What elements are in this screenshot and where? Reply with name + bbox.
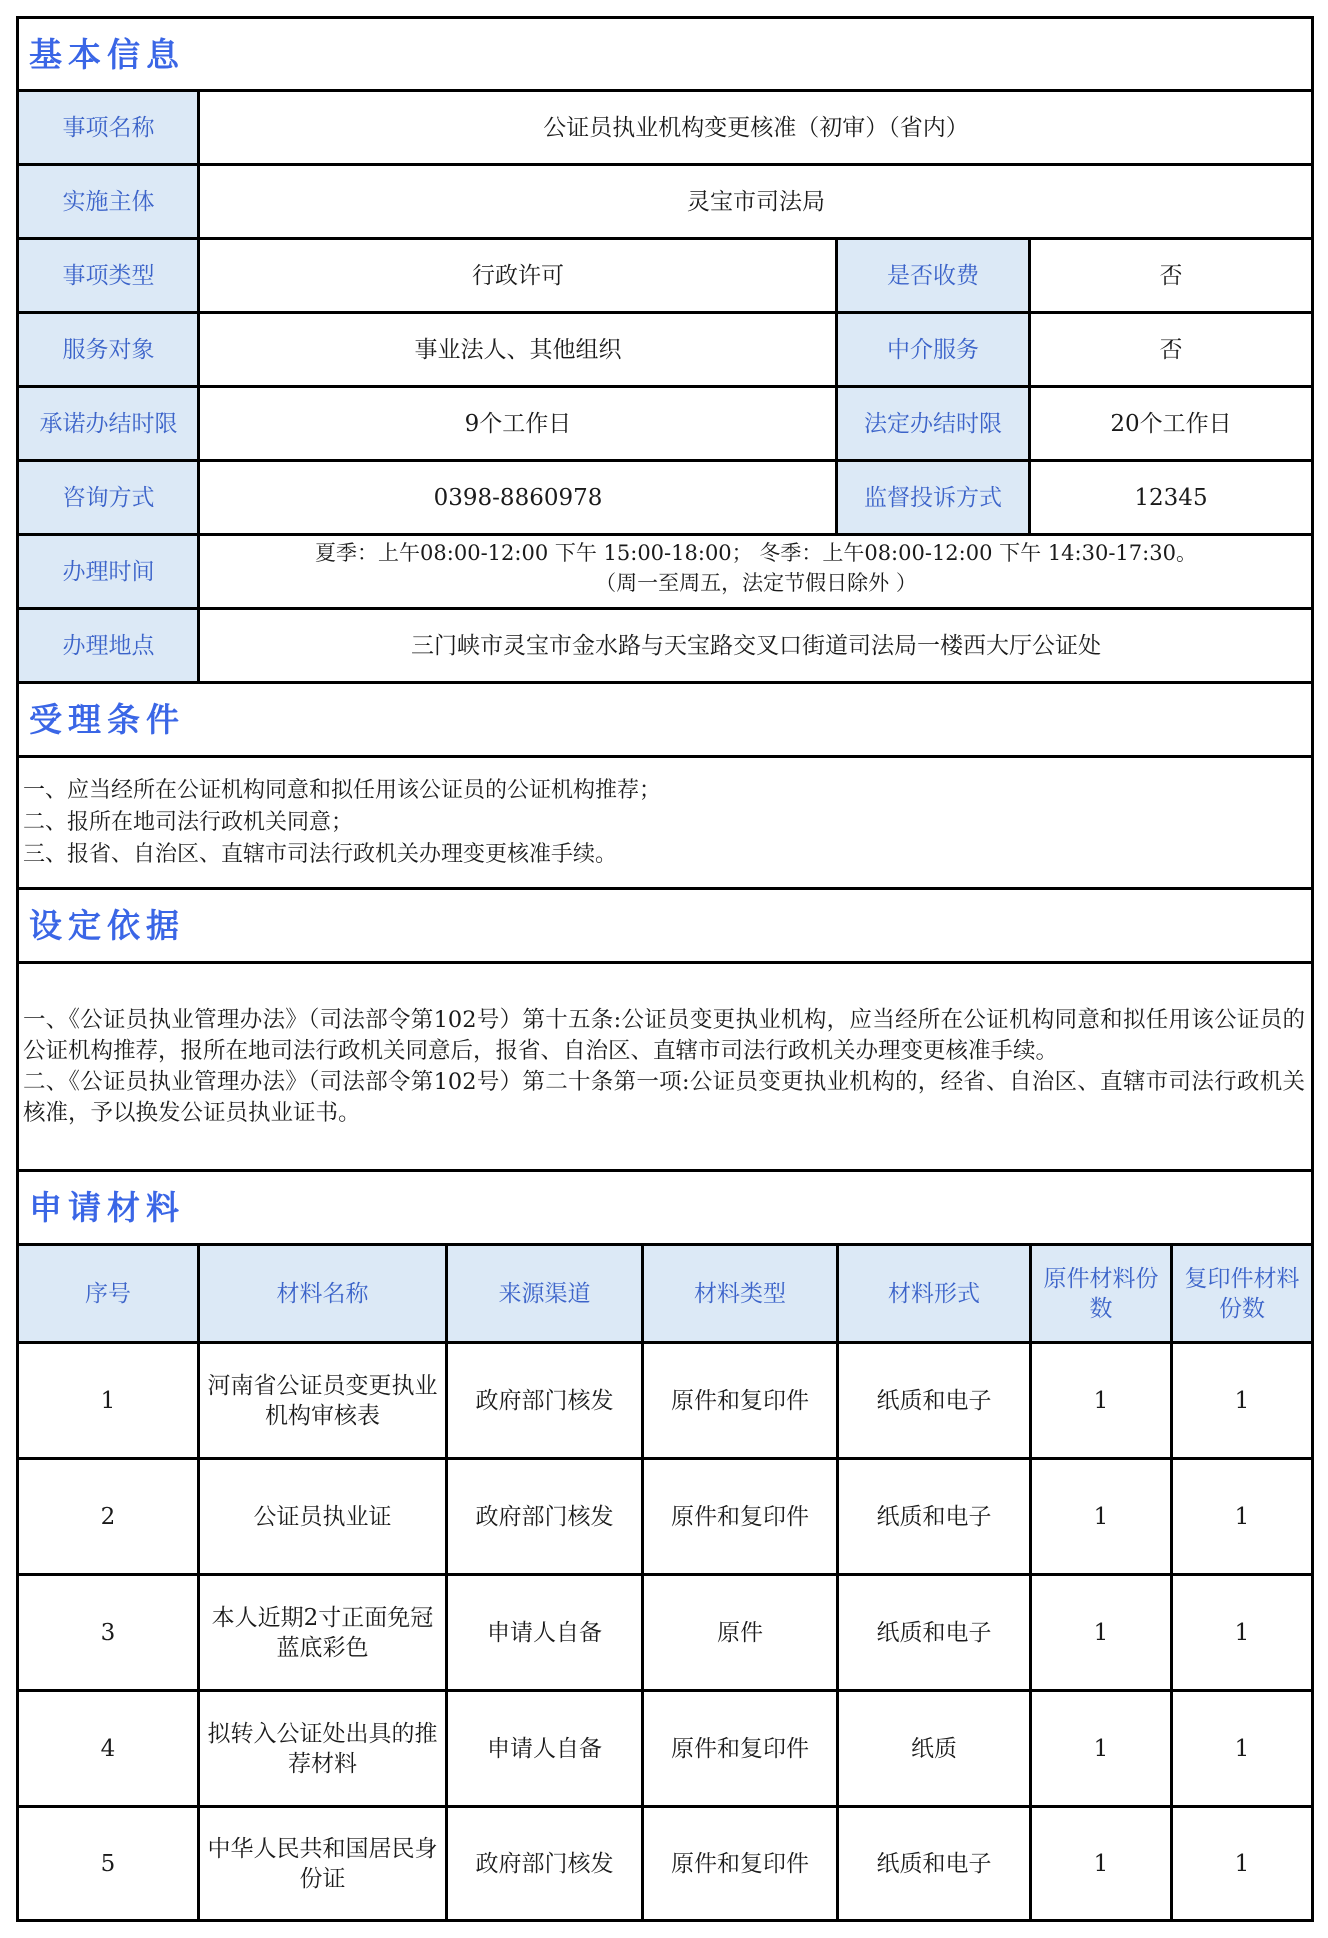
label-hours: 办理时间 [19, 536, 198, 607]
hours-line-2: （周一至周五，法定节假日除外 ） [595, 568, 917, 598]
cell-orig-count: 1 [1032, 1460, 1170, 1573]
th-orig-count: 原件材料份数 [1032, 1246, 1170, 1341]
divider [197, 90, 200, 682]
basis-paragraph: 一、《公证员执业管理办法》（司法部令第102号）第十五条:公证员变更执业机构，应… [23, 1005, 1305, 1067]
th-type: 材料类型 [644, 1246, 836, 1341]
cell-type: 原件 [644, 1576, 836, 1689]
value-consult-phone: 0398-8860978 [201, 462, 835, 533]
cell-form: 纸质和电子 [839, 1576, 1029, 1689]
section-title-materials: 申请材料 [19, 1172, 1311, 1243]
cell-no: 5 [19, 1808, 197, 1919]
th-no: 序号 [19, 1246, 197, 1341]
label-location: 办理地点 [19, 610, 198, 681]
label-intermediary: 中介服务 [838, 314, 1028, 385]
divider [197, 1244, 200, 1922]
section-title-basis: 设定依据 [19, 890, 1311, 961]
value-fee: 否 [1031, 240, 1311, 311]
divider [1029, 1244, 1032, 1922]
label-consult: 咨询方式 [19, 462, 198, 533]
th-form: 材料形式 [839, 1246, 1029, 1341]
label-implementer: 实施主体 [19, 166, 198, 237]
cell-material-name: 河南省公证员变更执业机构审核表 [200, 1344, 445, 1457]
value-complaint-phone: 12345 [1031, 462, 1311, 533]
th-source: 来源渠道 [448, 1246, 641, 1341]
label-item-name: 事项名称 [19, 92, 198, 163]
label-service-target: 服务对象 [19, 314, 198, 385]
divider [641, 1244, 644, 1922]
divider [445, 1244, 448, 1922]
value-item-type: 行政许可 [201, 240, 835, 311]
value-item-name: 公证员执业机构变更核准（初审）（省内） [201, 92, 1311, 163]
label-fee: 是否收费 [838, 240, 1028, 311]
condition-line: 三、报省、自治区、直辖市司法行政机关办理变更核准手续。 [23, 839, 661, 871]
label-promised-limit: 承诺办结时限 [19, 388, 198, 459]
basis-paragraph: 二、《公证员执业管理办法》（司法部令第102号）第二十条第一项:公证员变更执业机… [23, 1067, 1305, 1129]
cell-copy-count: 1 [1173, 1460, 1311, 1573]
cell-source: 政府部门核发 [448, 1808, 641, 1919]
value-service-target: 事业法人、其他组织 [201, 314, 835, 385]
cell-form: 纸质和电子 [839, 1460, 1029, 1573]
cell-no: 2 [19, 1460, 197, 1573]
cell-source: 申请人自备 [448, 1576, 641, 1689]
value-implementer: 灵宝市司法局 [201, 166, 1311, 237]
hours-line-1: 夏季：上午08:00-12:00 下午 15:00-18:00； 冬季：上午08… [315, 538, 1197, 568]
cell-source: 政府部门核发 [448, 1344, 641, 1457]
divider [836, 1244, 839, 1922]
cell-orig-count: 1 [1032, 1576, 1170, 1689]
value-promised-limit: 9个工作日 [201, 388, 835, 459]
cell-source: 申请人自备 [448, 1692, 641, 1805]
condition-line: 二、报所在地司法行政机关同意； [23, 807, 661, 839]
cell-orig-count: 1 [1032, 1344, 1170, 1457]
th-name: 材料名称 [200, 1246, 445, 1341]
basis-text: 一、《公证员执业管理办法》（司法部令第102号）第十五条:公证员变更执业机构，应… [19, 964, 1311, 1169]
divider [835, 238, 838, 534]
cell-form: 纸质 [839, 1692, 1029, 1805]
cell-type: 原件和复印件 [644, 1808, 836, 1919]
cell-type: 原件和复印件 [644, 1460, 836, 1573]
th-copy-count: 复印件材料份数 [1173, 1246, 1311, 1341]
cell-material-name: 公证员执业证 [200, 1460, 445, 1573]
cell-form: 纸质和电子 [839, 1808, 1029, 1919]
label-legal-limit: 法定办结时限 [838, 388, 1028, 459]
section-title-basic-info: 基本信息 [19, 19, 1311, 90]
label-item-type: 事项类型 [19, 240, 198, 311]
cell-form: 纸质和电子 [839, 1344, 1029, 1457]
cell-orig-count: 1 [1032, 1808, 1170, 1919]
divider [1170, 1244, 1173, 1922]
cell-orig-count: 1 [1032, 1692, 1170, 1805]
cell-material-name: 本人近期2寸正面免冠蓝底彩色 [200, 1576, 445, 1689]
cell-no: 1 [19, 1344, 197, 1457]
cell-source: 政府部门核发 [448, 1460, 641, 1573]
cell-material-name: 中华人民共和国居民身份证 [200, 1808, 445, 1919]
section-title-conditions: 受理条件 [19, 684, 1311, 755]
cell-type: 原件和复印件 [644, 1692, 836, 1805]
condition-line: 一、应当经所在公证机构同意和拟任用该公证员的公证机构推荐； [23, 775, 661, 807]
cell-material-name: 拟转入公证处出具的推荐材料 [200, 1692, 445, 1805]
value-intermediary: 否 [1031, 314, 1311, 385]
cell-copy-count: 1 [1173, 1576, 1311, 1689]
conditions-text: 一、应当经所在公证机构同意和拟任用该公证员的公证机构推荐； 二、报所在地司法行政… [19, 758, 1311, 887]
value-location: 三门峡市灵宝市金水路与天宝路交叉口街道司法局一楼西大厅公证处 [201, 610, 1311, 681]
cell-copy-count: 1 [1173, 1808, 1311, 1919]
label-complaint: 监督投诉方式 [838, 462, 1028, 533]
value-legal-limit: 20个工作日 [1031, 388, 1311, 459]
cell-type: 原件和复印件 [644, 1344, 836, 1457]
value-hours: 夏季：上午08:00-12:00 下午 15:00-18:00； 冬季：上午08… [201, 536, 1311, 607]
cell-copy-count: 1 [1173, 1344, 1311, 1457]
divider [1028, 238, 1031, 534]
cell-no: 3 [19, 1576, 197, 1689]
cell-copy-count: 1 [1173, 1692, 1311, 1805]
cell-no: 4 [19, 1692, 197, 1805]
